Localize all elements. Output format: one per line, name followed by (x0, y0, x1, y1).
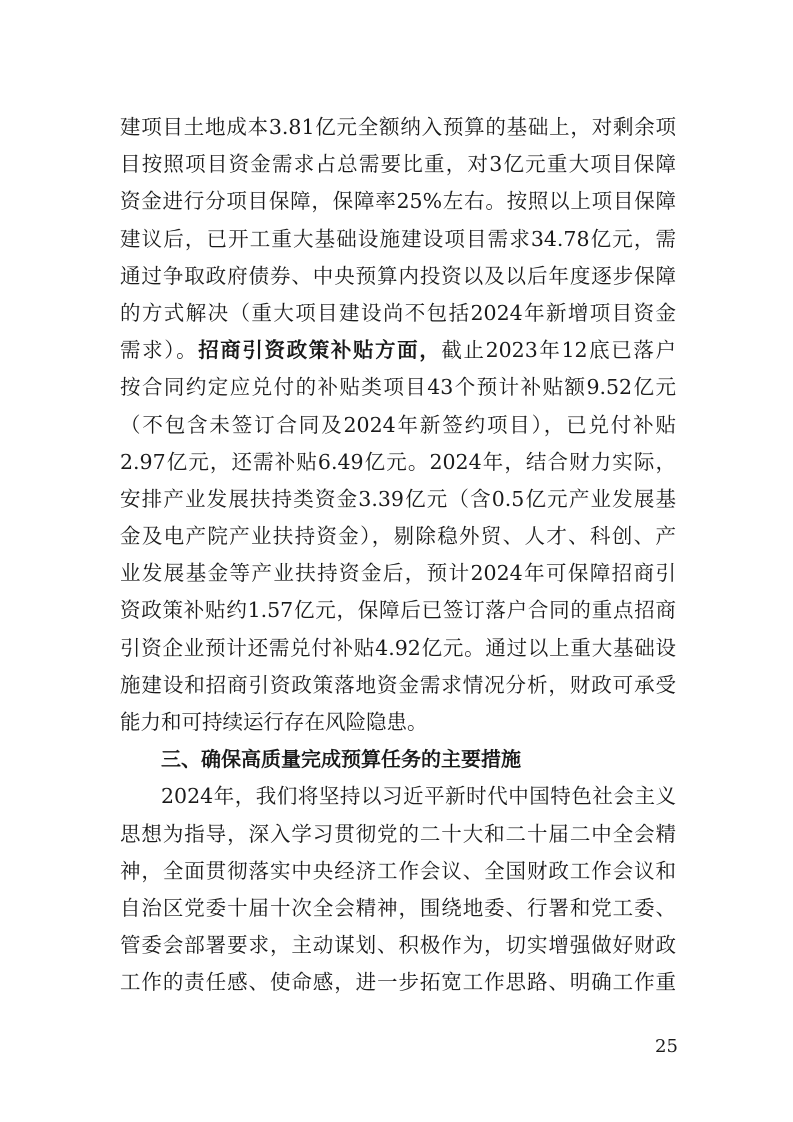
text-line: 建议后，已开工重大基础设施建设项目需求34.78亿元，需 (120, 221, 676, 258)
text-line: 施建设和招商引资政策落地资金需求情况分析，财政可承受 (120, 667, 676, 704)
text-line: 目按照项目资金需求占总需要比重，对3亿元重大项目保障 (120, 146, 676, 183)
text-line: 按合同约定应兑付的补贴类项目43个预计补贴额9.52亿元 (120, 369, 676, 406)
text-line: 思想为指导，深入学习贯彻党的二十大和二十届二中全会精 (120, 816, 676, 853)
text-line: 2024年，我们将坚持以习近平新时代中国特色社会主义 (120, 778, 676, 815)
text-line: 需求）。招商引资政策补贴方面，截止2023年12底已落户 (120, 332, 676, 369)
text-line: 的方式解决（重大项目建设尚不包括2024年新增项目资金 (120, 295, 676, 332)
text-span: 截止2023年12底已落户 (441, 338, 676, 362)
document-page: 建项目土地成本3.81亿元全额纳入预算的基础上，对剩余项 目按照项目资金需求占总… (0, 0, 793, 1122)
text-line: 自治区党委十届十次全会精神，围绕地委、行署和党工委、 (120, 890, 676, 927)
text-line: 能力和可持续运行存在风险隐患。 (120, 704, 676, 741)
text-line: （不包含未签订合同及2024年新签约项目），已兑付补贴 (120, 407, 676, 444)
body-text: 建项目土地成本3.81亿元全额纳入预算的基础上，对剩余项 目按照项目资金需求占总… (120, 109, 676, 1002)
text-line: 资金进行分项目保障，保障率25%左右。按照以上项目保障 (120, 183, 676, 220)
text-line: 通过争取政府债券、中央预算内投资以及以后年度逐步保障 (120, 258, 676, 295)
bold-topic-label: 招商引资政策补贴方面， (198, 338, 441, 362)
text-line: 管委会部署要求，主动谋划、积极作为，切实增强做好财政 (120, 927, 676, 964)
text-line: 资政策补贴约1.57亿元，保障后已签订落户合同的重点招商 (120, 592, 676, 629)
text-line: 建项目土地成本3.81亿元全额纳入预算的基础上，对剩余项 (120, 109, 676, 146)
section-heading: 三、确保高质量完成预算任务的主要措施 (120, 741, 676, 778)
page-number: 25 (655, 1036, 678, 1057)
text-line: 工作的责任感、使命感，进一步拓宽工作思路、明确工作重 (120, 964, 676, 1001)
text-line: 2.97亿元，还需补贴6.49亿元。2024年，结合财力实际， (120, 444, 676, 481)
text-line: 安排产业发展扶持类资金3.39亿元（含0.5亿元产业发展基 (120, 481, 676, 518)
text-span: 需求）。 (120, 338, 198, 362)
text-line: 金及电产院产业扶持资金），剔除稳外贸、人才、科创、产 (120, 518, 676, 555)
text-line: 引资企业预计还需兑付补贴4.92亿元。通过以上重大基础设 (120, 630, 676, 667)
text-line: 神，全面贯彻落实中央经济工作会议、全国财政工作会议和 (120, 853, 676, 890)
text-line: 业发展基金等产业扶持资金后，预计2024年可保障招商引 (120, 555, 676, 592)
